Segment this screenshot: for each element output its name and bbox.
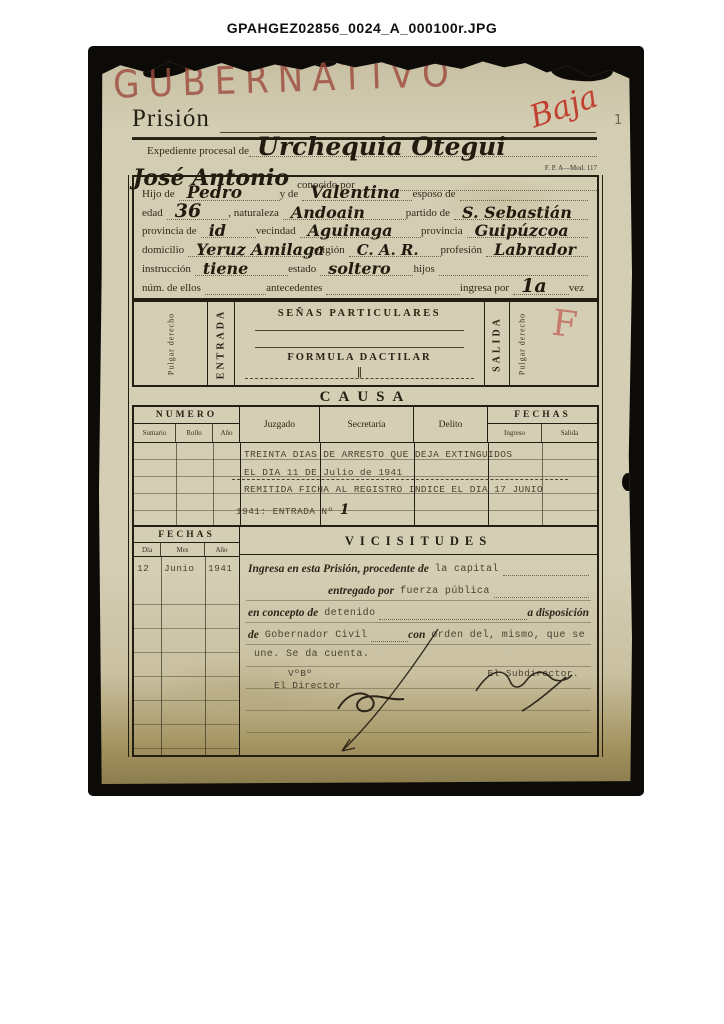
- edad-line: 36: [167, 206, 228, 220]
- l3-suffix: a disposición: [527, 607, 589, 620]
- l1-line: [503, 566, 589, 576]
- expediente-label: Expediente procesal de: [147, 145, 249, 157]
- provincia-value: id: [209, 221, 226, 240]
- entry-dia: 12: [137, 563, 149, 574]
- ingresa-label: ingresa por: [460, 282, 513, 295]
- formula-title: FORMULA DACTILAR: [235, 352, 484, 363]
- antecedentes-label: antecedentes: [266, 282, 326, 295]
- salida-cell: SALIDA: [485, 302, 510, 385]
- salida-col-header: Salida: [542, 424, 597, 442]
- ano-header: Año: [213, 424, 240, 442]
- hijo-de-label: Hijo de: [142, 188, 179, 201]
- document-photo: GUBERNATIVO Baja 1 Prisión Expediente pr…: [88, 46, 644, 796]
- ingresa-line: 1a: [513, 281, 569, 295]
- secretaria-header: Secretaría: [320, 407, 413, 442]
- vicisitudes-body: VICISITUDES Ingresa en esta Prisión, pro…: [240, 527, 597, 755]
- ingreso-header: Ingreso: [488, 424, 542, 442]
- entrada-cell: ENTRADA: [208, 302, 235, 385]
- typed-line-4: 1941: ENTRADA Nº 1: [236, 502, 350, 518]
- typed-line-3: REMITIDA FICHA AL REGISTRO INDICE EL DIA…: [244, 484, 543, 495]
- religion-value: C. A. R.: [357, 241, 419, 259]
- l2-label: entregado por: [328, 585, 394, 598]
- expediente-row: Expediente procesal de Urchequia Otegui: [147, 143, 597, 157]
- naturaleza-label: , naturaleza: [228, 207, 283, 220]
- secretaria-column: Secretaría: [320, 407, 414, 442]
- detail-row-province: provincia de id vecindad Aguinaga provin…: [142, 220, 588, 239]
- expediente-value-line: Urchequia Otegui: [249, 143, 597, 157]
- num-line: [205, 281, 266, 295]
- detail-row-birth: edad 36 , naturaleza Andoain partido de …: [142, 201, 588, 220]
- profesion-value: Labrador: [494, 240, 576, 259]
- domicilio-line: Yeruz Amilaga: [188, 243, 310, 257]
- page: GPAHGEZ02856_0024_A_000100r.JPG GUBERNAT…: [0, 0, 724, 1024]
- edad-label: edad: [142, 207, 167, 220]
- juzgado-column: Juzgado: [240, 407, 320, 442]
- personal-details-box: Hijo de Pedro y de Valentina esposo de e…: [132, 175, 599, 300]
- instruccion-value: tiene: [203, 259, 248, 278]
- vobo-label: VºBº: [282, 668, 316, 680]
- estado-line: soltero: [320, 262, 413, 276]
- l1-value: la capital: [429, 564, 503, 576]
- estado-value: soltero: [328, 259, 390, 278]
- instruccion-line: tiene: [195, 262, 288, 276]
- delito-header: Delito: [414, 407, 487, 442]
- y-de-value: Valentina: [310, 183, 400, 203]
- causa-header: NUMERO Sumario Rollo Año Juzgado Secreta…: [134, 407, 597, 443]
- salida-thumb-cell: Pulgar derecho F: [510, 302, 596, 385]
- detail-row-parents: Hijo de Pedro y de Valentina esposo de: [142, 182, 588, 201]
- hijos-line: [439, 262, 588, 276]
- senas-line: [255, 347, 464, 348]
- vicisitudes-rule: [240, 554, 597, 555]
- pulgar-left-label: Pulgar derecho: [166, 312, 175, 374]
- form-title: Prisión: [132, 105, 220, 133]
- l5-value: une. Se da cuenta.: [248, 649, 373, 661]
- mes-header: Mes: [161, 543, 205, 556]
- vez-label: vez: [569, 282, 588, 295]
- l3-value: detenido: [318, 608, 379, 620]
- num-label: núm. de ellos: [142, 282, 205, 295]
- instruccion-label: instrucción: [142, 263, 195, 276]
- fechas-subtable: FECHAS Día Mes Año 12 Junio 1941: [134, 527, 240, 755]
- document-paper: GUBERNATIVO Baja 1 Prisión Expediente pr…: [99, 55, 632, 784]
- form-title-row: Prisión: [132, 105, 596, 133]
- typed-line-2: EL DIA 11 DE Julio de 1941: [244, 467, 403, 478]
- delito-column: Delito: [414, 407, 488, 442]
- pulgar-right-label: Pulgar derecho: [518, 312, 527, 374]
- vicisitudes-title: VICISITUDES: [240, 534, 597, 549]
- typed-dash-rule: [232, 479, 568, 480]
- numero-header: NUMERO: [134, 407, 239, 424]
- senas-cell: SEÑAS PARTICULARES FORMULA DACTILAR ‖: [235, 302, 485, 385]
- y-de-line: Valentina: [302, 187, 412, 201]
- red-f-mark: F: [550, 303, 580, 347]
- entrada-num-label: 1941: ENTRADA Nº: [236, 506, 334, 517]
- fingerprint-section: Pulgar derecho ENTRADA SEÑAS PARTICULARE…: [132, 300, 599, 387]
- subdirector-label: El Subdirector.: [481, 668, 583, 680]
- l4-label: de: [248, 629, 259, 642]
- provincia2-line: Guipúzcoa: [467, 224, 588, 238]
- entry-ano: 1941: [208, 563, 232, 574]
- vicisitudes-section: FECHAS Día Mes Año 12 Junio 1941 VICISIT…: [132, 525, 599, 757]
- detail-row-entry: núm. de ellos antecedentes ingresa por 1…: [142, 276, 588, 295]
- l4-mid: con: [408, 629, 425, 642]
- red-annotation-gubernativo: GUBERNATIVO: [112, 46, 593, 108]
- l4-line: [371, 632, 408, 642]
- provincia-line: id: [201, 224, 256, 238]
- l3-line: [379, 610, 527, 620]
- vic-line-1: Ingresa en esta Prisión, procedente de l…: [248, 563, 589, 576]
- salida-label: SALIDA: [492, 316, 503, 372]
- grid-line: [205, 557, 206, 755]
- director-line: El Director: [268, 680, 589, 692]
- l1-label: Ingresa en esta Prisión, procedente de: [248, 563, 429, 576]
- estado-label: estado: [288, 263, 320, 276]
- fechas-column: FECHAS Ingreso Salida: [488, 407, 597, 442]
- expediente-surname: Urchequia Otegui: [257, 132, 506, 161]
- causa-table: NUMERO Sumario Rollo Año Juzgado Secreta…: [132, 405, 599, 527]
- l4-value: Gobernador Civil: [259, 630, 371, 642]
- entrada-label: ENTRADA: [216, 308, 227, 378]
- sumario-header: Sumario: [134, 424, 176, 442]
- juzgado-header: Juzgado: [240, 407, 319, 442]
- partido-label: partido de: [406, 207, 454, 220]
- left-edge-rule: [128, 175, 129, 757]
- detail-row-status: instrucción tiene estado soltero hijos: [142, 257, 588, 276]
- causa-title: CAUSA: [132, 389, 599, 406]
- profesion-line: Labrador: [486, 243, 588, 257]
- senas-line: [255, 330, 464, 331]
- partido-line: S. Sebastián: [454, 206, 588, 220]
- l2-value: fuerza pública: [394, 586, 494, 598]
- antecedentes-line: [326, 281, 460, 295]
- entrada-num-value: 1: [340, 502, 350, 518]
- grid-line: [176, 443, 177, 525]
- dia-header: Día: [134, 543, 161, 556]
- vic-line-5: une. Se da cuenta.: [248, 649, 589, 661]
- fechas-grid: [134, 581, 239, 755]
- hijos-label: hijos: [413, 263, 438, 276]
- edad-value: 36: [175, 200, 201, 222]
- grid-line: [213, 443, 214, 525]
- vecindad-line: Aguinaga: [300, 224, 421, 238]
- naturaleza-value: Andoain: [291, 203, 365, 222]
- ano-col-header: Año: [205, 543, 238, 556]
- subdirector-line: El Subdirector.: [481, 668, 583, 680]
- domicilio-label: domicilio: [142, 244, 188, 257]
- ingresa-value: 1a: [521, 275, 547, 297]
- esposo-label: esposo de: [412, 188, 459, 201]
- entry-mes: Junio: [164, 563, 195, 574]
- vecindad-label: vecindad: [256, 225, 300, 238]
- right-edge-rule: [602, 175, 603, 757]
- fechas-header: FECHAS: [488, 407, 597, 424]
- senas-title: SEÑAS PARTICULARES: [235, 308, 484, 319]
- l3-label: en concepto de: [248, 607, 318, 620]
- numero-column: NUMERO Sumario Rollo Año: [134, 407, 240, 442]
- y-de-label: y de: [280, 188, 303, 201]
- formula-mark: ‖: [235, 365, 484, 378]
- entrada-thumb-cell: Pulgar derecho: [134, 302, 208, 385]
- esposo-line: [460, 187, 588, 201]
- profesion-label: profesión: [441, 244, 487, 257]
- naturaleza-line: Andoain: [283, 206, 406, 220]
- vecindad-value: Aguinaga: [308, 221, 393, 240]
- typed-line-1: TREINTA DIAS DE ARRESTO QUE DEJA EXTINGU…: [244, 449, 512, 460]
- formula-dash-line: [245, 378, 474, 379]
- provincia2-label: provincia: [421, 225, 467, 238]
- filename-caption: GPAHGEZ02856_0024_A_000100r.JPG: [0, 20, 724, 36]
- fechas-title: FECHAS: [134, 527, 239, 543]
- provincia2-value: Guipúzcoa: [475, 221, 569, 240]
- domicilio-value: Yeruz Amilaga: [196, 240, 324, 259]
- vic-line-3: en concepto de detenido a disposición: [248, 607, 589, 620]
- detail-row-domicile: domicilio Yeruz Amilaga religión C. A. R…: [142, 238, 588, 257]
- religion-line: C. A. R.: [349, 243, 441, 257]
- paper-tear-notch: [622, 473, 634, 491]
- director-label: El Director: [268, 680, 345, 692]
- causa-body: TREINTA DIAS DE ARRESTO QUE DEJA EXTINGU…: [134, 443, 597, 525]
- vic-line-2: entregado por fuerza pública: [328, 585, 589, 598]
- form-model-reference: F. P. A—Mod. 117: [497, 164, 597, 172]
- provincia-label: provincia de: [142, 225, 201, 238]
- partido-value: S. Sebastián: [462, 203, 572, 222]
- l2-line: [494, 588, 589, 598]
- l4-value2: orden del, mismo, que se: [425, 630, 589, 642]
- vic-line-4: de Gobernador Civil con orden del, mismo…: [248, 629, 589, 642]
- rollo-header: Rollo: [176, 424, 213, 442]
- grid-line: [161, 557, 162, 755]
- corner-pencil-mark: 1: [614, 113, 622, 128]
